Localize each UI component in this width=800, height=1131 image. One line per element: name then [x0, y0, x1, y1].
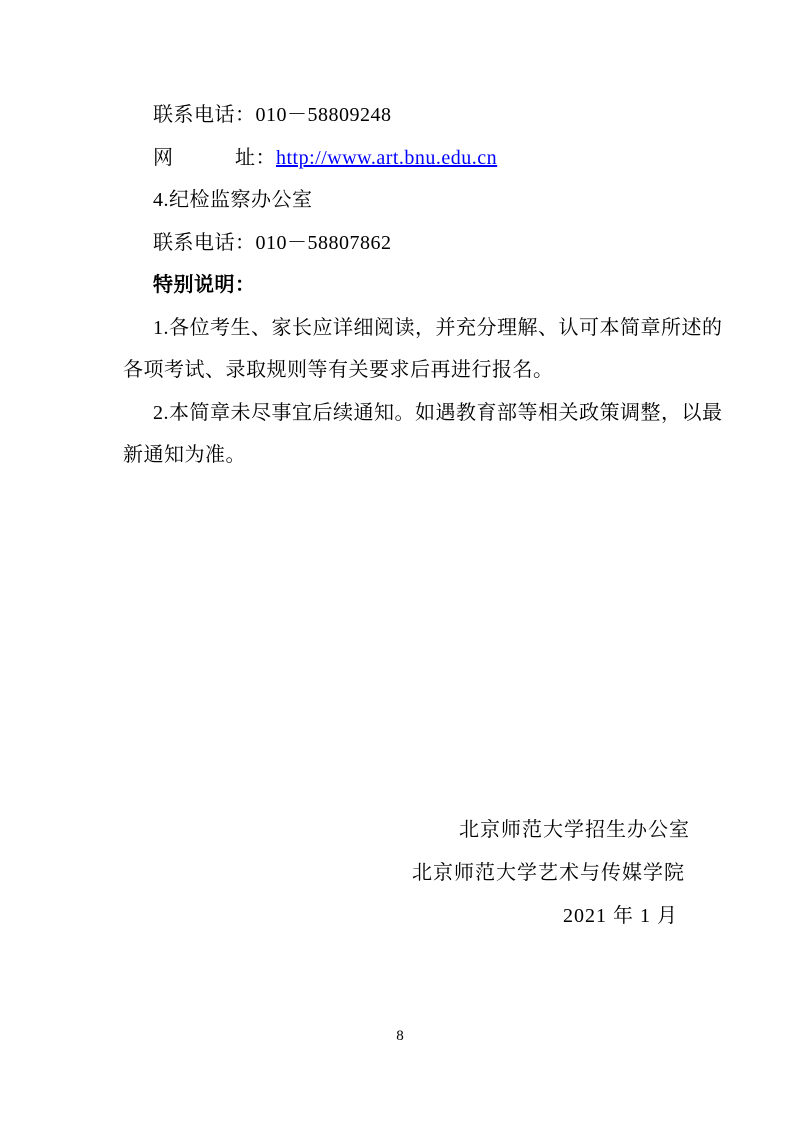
section-title-discipline-office: 4.纪检监察办公室	[123, 179, 723, 222]
note2-line2: 新通知为准。	[123, 434, 723, 477]
signature-block: 北京师范大学招生办公室 北京师范大学艺术与传媒学院 2021 年 1 月	[0, 809, 800, 938]
contact-phone-line-1: 联系电话：010－58809248	[123, 94, 723, 137]
note1-line2: 各项考试、录取规则等有关要求后再进行报名。	[123, 349, 723, 392]
note1-line1: 1.各位考生、家长应详细阅读，并充分理解、认可本简章所述的	[123, 307, 723, 350]
website-link[interactable]: http://www.art.bnu.edu.cn	[276, 147, 497, 169]
note2-line1: 2.本简章未尽事宜后续通知。如遇教育部等相关政策调整，以最	[123, 392, 723, 435]
signature-office: 北京师范大学招生办公室	[0, 809, 800, 852]
page-footer: 8	[0, 1026, 800, 1046]
signature-school: 北京师范大学艺术与传媒学院	[0, 852, 800, 895]
contact-phone-line-2: 联系电话：010－58807862	[123, 222, 723, 265]
website-line: 网 址：http://www.art.bnu.edu.cn	[123, 137, 723, 180]
page-number: 8	[396, 1028, 404, 1044]
document-body: 联系电话：010－58809248 网 址：http://www.art.bnu…	[123, 94, 723, 477]
document-page: 联系电话：010－58809248 网 址：http://www.art.bnu…	[0, 0, 800, 1131]
special-notes-heading: 特别说明：	[123, 264, 723, 307]
website-label: 网 址：	[153, 147, 276, 169]
signature-date: 2021 年 1 月	[0, 895, 800, 938]
